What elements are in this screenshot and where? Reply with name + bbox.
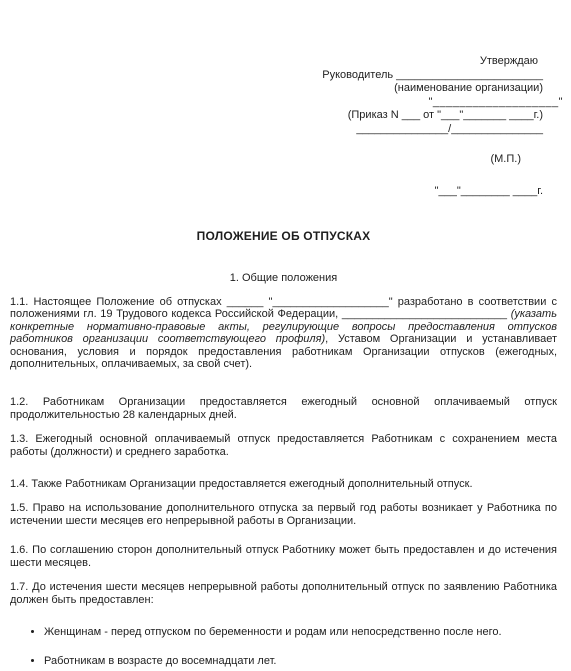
clause-1-1-text-start: 1.1. Настоящее Положение об отпусках ___… — [10, 296, 557, 320]
manager-signature-line: Руководитель ________________________ — [0, 69, 543, 83]
list-item-women: Женщинам - перед отпуском по беременност… — [44, 626, 557, 638]
order-number-line: (Приказ N ___ от "___"_______ ____г.) — [0, 109, 543, 123]
org-name-caption: (наименование организации) — [0, 82, 543, 96]
clause-1-5: 1.5. Право на использование дополнительн… — [10, 502, 557, 527]
clause-1-7: 1.7. До истечения шести месяцев непрерыв… — [10, 581, 557, 606]
seal-mark: (М.П.) — [0, 153, 521, 167]
approval-block: Утверждаю Руководитель _________________… — [0, 55, 571, 198]
section-heading: 1. Общие положения — [10, 272, 557, 284]
clause-1-2: 1.2. Работникам Организации предоставляе… — [10, 396, 557, 421]
clause-1-4: 1.4. Также Работникам Организации предос… — [10, 478, 557, 490]
clause-1-6: 1.6. По соглашению сторон дополнительный… — [10, 544, 557, 569]
approve-label: Утверждаю — [0, 55, 538, 69]
org-name-blank: "___________________" — [0, 96, 563, 110]
clause-1-3: 1.3. Ежегодный основной оплачиваемый отп… — [10, 433, 557, 458]
clause-1-1: 1.1. Настоящее Положение об отпусках ___… — [10, 296, 557, 370]
date-blank: "___"________ ____г. — [0, 185, 543, 199]
signature-slash-line: _______________/_______________ — [0, 123, 543, 137]
document-title: ПОЛОЖЕНИЕ ОБ ОТПУСКАХ — [10, 229, 557, 243]
document-page: Утверждаю Руководитель _________________… — [0, 0, 571, 671]
list-item-minors: Работникам в возрасте до восемнадцати ле… — [44, 655, 557, 667]
clause-1-7-list: Женщинам - перед отпуском по беременност… — [26, 626, 557, 668]
